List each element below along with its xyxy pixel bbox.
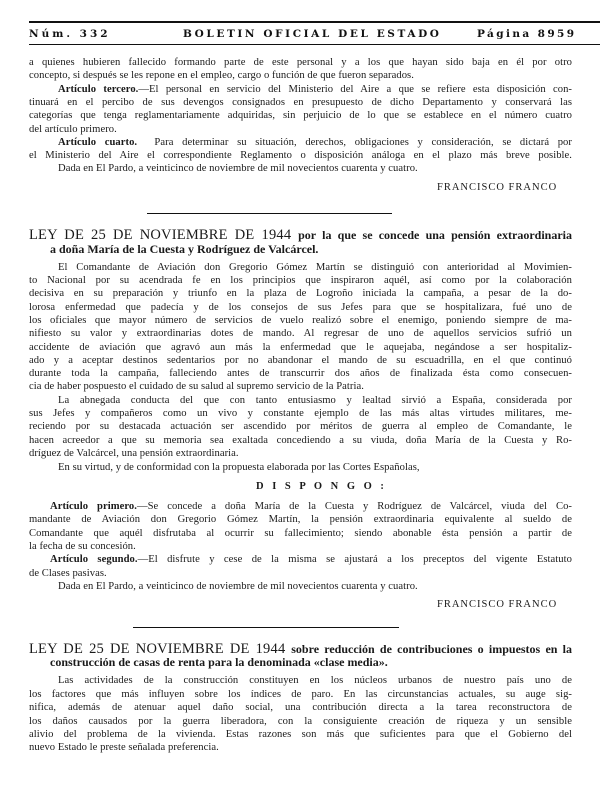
articulo-primero-line-4: la fecha de su concesión. bbox=[29, 540, 572, 553]
continuation-line-2: concepto, si después se les repone en el… bbox=[29, 69, 572, 82]
dada-line: Dada en El Pardo, a veinticinco de novie… bbox=[58, 162, 572, 175]
law2-p1-line-2: los factores que más influyen sobre los … bbox=[29, 688, 572, 701]
law1-p2-line-1: La abnegada conducta del que con tanto e… bbox=[58, 394, 572, 407]
articulo-tercero-line-4: del artículo primero. bbox=[29, 123, 572, 136]
law1-p1-line-10: cia de haber pospuesto el cuidado de su … bbox=[29, 380, 572, 393]
header-top-rule bbox=[29, 21, 600, 23]
law1-p2-line-4: hacen acreedor a que su memoria sea exal… bbox=[29, 434, 572, 447]
dispongo-heading: D I S P O N G O : bbox=[256, 481, 387, 492]
document-page: Núm. 332 BOLETIN OFICIAL DEL ESTADO Pági… bbox=[0, 0, 600, 801]
articulo-cuarto-line-2: el Ministerio del Aire el correspondient… bbox=[29, 149, 572, 162]
law1-p3: En su virtud, y de conformidad con la pr… bbox=[58, 461, 572, 474]
law1-p1-line-2: to Nacional por su acendrada fe en los p… bbox=[29, 274, 572, 287]
law1-p1-line-7: accidente de aviación que agravó aun más… bbox=[29, 341, 572, 354]
articulo-tercero-line-3: categorías que tenga reglamentariamente … bbox=[29, 109, 572, 122]
articulo-segundo-line-1: Artículo segundo.—El disfrute y cese de … bbox=[50, 553, 572, 566]
signature: FRANCISCO FRANCO bbox=[437, 182, 557, 193]
law1-p1-line-6: nifiesto su valor y extraordinarias dote… bbox=[29, 327, 572, 340]
articulo-primero-line-1: Artículo primero.—Se concede a doña Marí… bbox=[50, 500, 572, 513]
law1-p1-line-3: decisiva en su preparación y triunfo en … bbox=[29, 287, 572, 300]
law2-title-line-2: construcción de casas de renta para la d… bbox=[50, 655, 388, 670]
articulo-tercero-line-2: tinuará en el percibo de sus devengos co… bbox=[29, 96, 572, 109]
law2-p1-line-6: nuevo Estado le preste señalada preferen… bbox=[29, 741, 572, 754]
law1-p1-line-9: durante toda la campaña, falleciendo ant… bbox=[29, 367, 572, 380]
articulo-tercero-label: Artículo tercero. bbox=[58, 84, 138, 95]
law1-p2-line-5: dríguez de Valcárcel, una pensión extrao… bbox=[29, 447, 572, 460]
law1-title: LEY DE 25 DE NOVIEMBRE DE 1944 por la qu… bbox=[29, 227, 572, 243]
continuation-line-1: a quienes hubieren fallecido formando pa… bbox=[29, 56, 572, 69]
articulo-primero-line-3: Comandante que aquél disfrutaba al ocurr… bbox=[29, 527, 572, 540]
law1-p2-line-2: sus Jefes y compañeros como un vivo y co… bbox=[29, 407, 572, 420]
law1-p1-line-5: los oficiales que mayor número de servic… bbox=[29, 314, 572, 327]
section-separator-2 bbox=[133, 627, 399, 628]
law1-p1-line-1: El Comandante de Aviación don Gregorio G… bbox=[58, 261, 572, 274]
law1-p1-line-8: ado y a aceptar destinos sedentarios por… bbox=[29, 354, 572, 367]
articulo-tercero-line-1: Artículo tercero.—El personal en servici… bbox=[58, 83, 572, 96]
articulo-cuarto-label: Artículo cuarto. bbox=[58, 137, 137, 148]
publication-title: BOLETIN OFICIAL DEL ESTADO bbox=[183, 28, 442, 40]
articulo-primero-label: Artículo primero. bbox=[50, 501, 137, 512]
articulo-segundo-label: Artículo segundo. bbox=[50, 554, 138, 565]
law1-title-line-2: a doña María de la Cuesta y Rodríguez de… bbox=[50, 242, 318, 257]
articulo-primero-line-2: mandante de Aviación don Gregorio Gómez … bbox=[29, 513, 572, 526]
law2-p1-line-3: nifica, además de atenuar aquel daño soc… bbox=[29, 701, 572, 714]
law1-signature: FRANCISCO FRANCO bbox=[437, 599, 557, 610]
header-bottom-rule bbox=[29, 44, 600, 45]
law2-p1-line-4: los daños causados por la guerra liberad… bbox=[29, 715, 572, 728]
law1-p2-line-3: reciendo por su destacada actuación ser … bbox=[29, 420, 572, 433]
law1-dada-line: Dada en El Pardo, a veinticinco de novie… bbox=[58, 580, 572, 593]
law2-p1-line-1: Las actividades de la construcción const… bbox=[58, 674, 572, 687]
law1-p1-line-4: lorosa enfermedad que padecía y de los c… bbox=[29, 301, 572, 314]
articulo-segundo-line-2: de Clases pasivas. bbox=[29, 567, 572, 580]
section-separator-1 bbox=[147, 213, 392, 214]
page-number: Página 8959 bbox=[477, 28, 576, 40]
law2-p1-line-5: alivio del problema de la vivienda. Esta… bbox=[29, 728, 572, 741]
articulo-cuarto-line-1: Artículo cuarto. Para determinar su situ… bbox=[58, 136, 572, 149]
issue-number: Núm. 332 bbox=[29, 28, 111, 40]
